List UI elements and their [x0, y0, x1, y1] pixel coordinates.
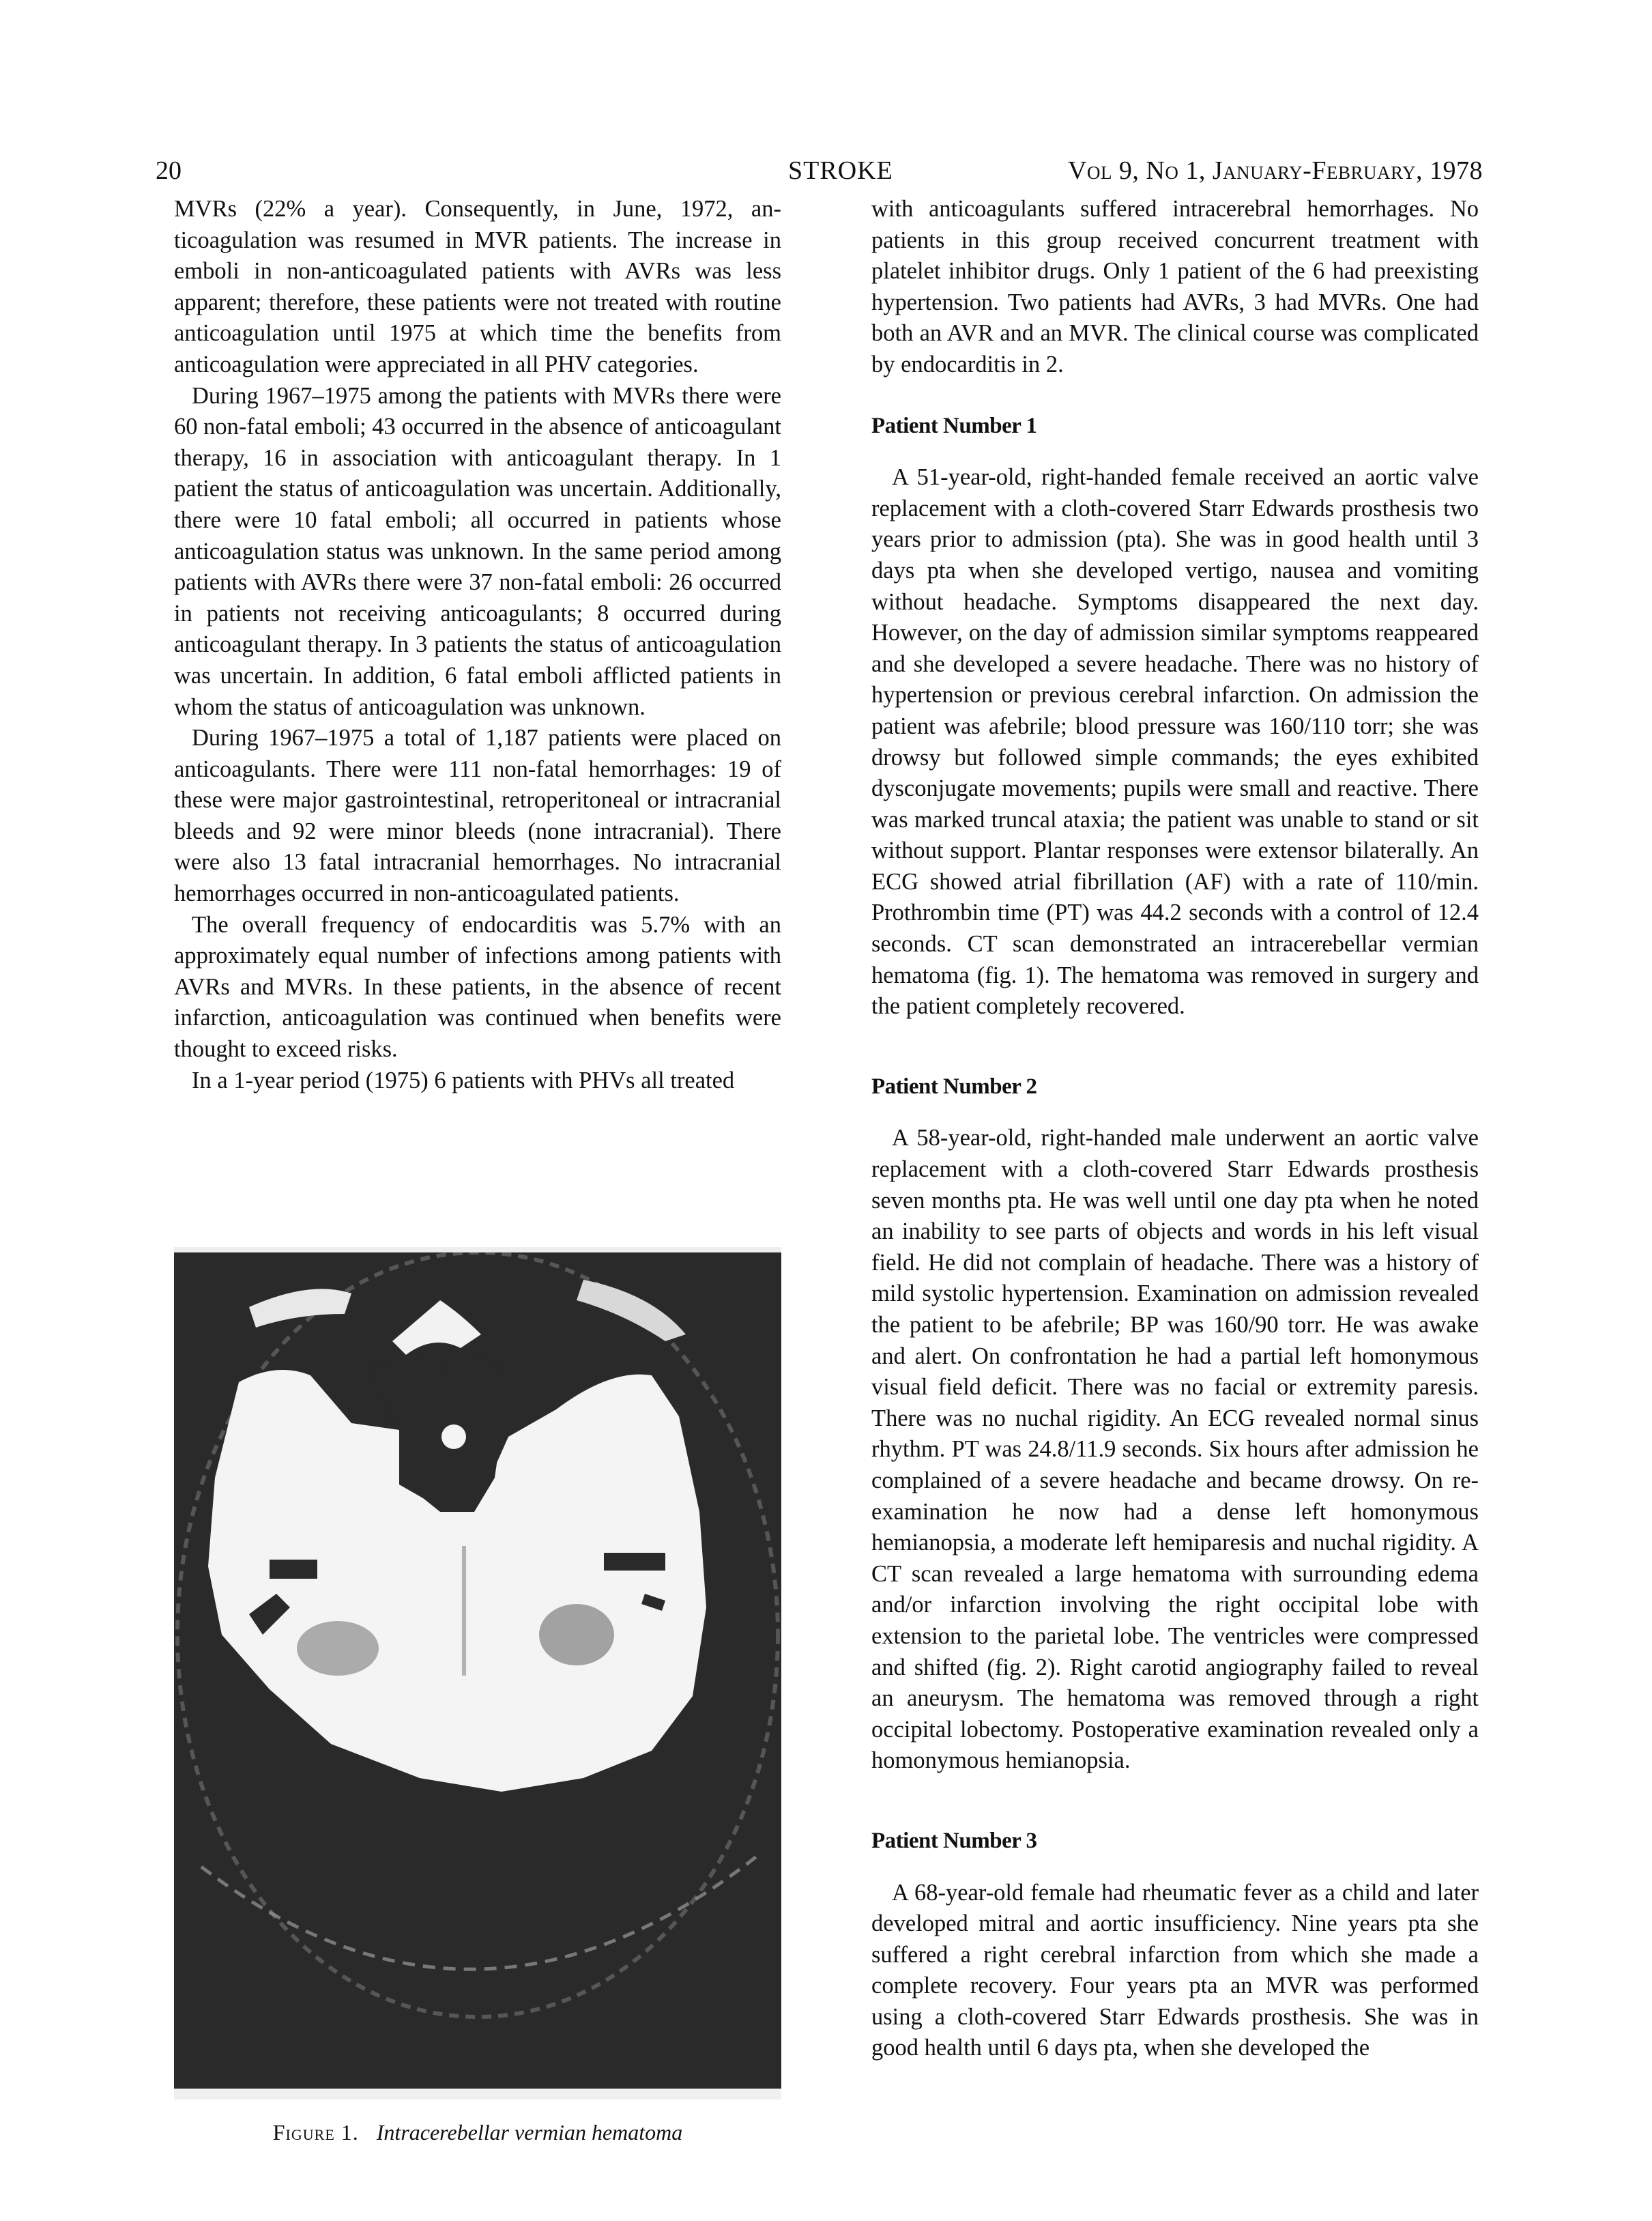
section-heading-patient-1: Patient Number 1 [871, 411, 1479, 442]
figure-caption: Figure 1.Intracerebellar vermian hematom… [174, 2120, 781, 2145]
section-heading-patient-2: Patient Number 2 [871, 1072, 1479, 1103]
right-column: with anticoagulants suffered intracerebr… [871, 194, 1479, 2064]
running-head: 20 STROKE Vol 9, No 1, January-February,… [0, 156, 1652, 190]
paragraph: In a 1-year period (1975) 6 patients wit… [174, 1065, 781, 1097]
paragraph: A 51-year-old, right-handed female recei… [871, 462, 1479, 1022]
paragraph: A 68-year-old female had rheumatic fever… [871, 1878, 1479, 2065]
paragraph: MVRs (22% a year). Consequently, in June… [174, 194, 781, 381]
issue-info: Vol 9, No 1, January-February, 1978 [1068, 156, 1483, 186]
paragraph: The overall frequency of endocarditis wa… [174, 910, 781, 1065]
left-column: MVRs (22% a year). Consequently, in June… [174, 194, 781, 1096]
journal-title: STROKE [788, 156, 893, 186]
paragraph: During 1967–1975 a total of 1,187 patien… [174, 723, 781, 910]
page-number: 20 [156, 156, 182, 186]
paragraph: A 58-year-old, right-handed male underwe… [871, 1123, 1479, 1776]
paragraph: with anticoagulants suffered intracerebr… [871, 194, 1479, 381]
figure-title: Intracerebellar vermian hematoma [377, 2120, 682, 2145]
ct-scan-image [174, 1247, 781, 2100]
figure-label: Figure 1. [273, 2120, 359, 2145]
figure-1: Figure 1.Intracerebellar vermian hematom… [174, 1247, 781, 2145]
paragraph: During 1967–1975 among the patients with… [174, 381, 781, 723]
section-heading-patient-3: Patient Number 3 [871, 1826, 1479, 1857]
